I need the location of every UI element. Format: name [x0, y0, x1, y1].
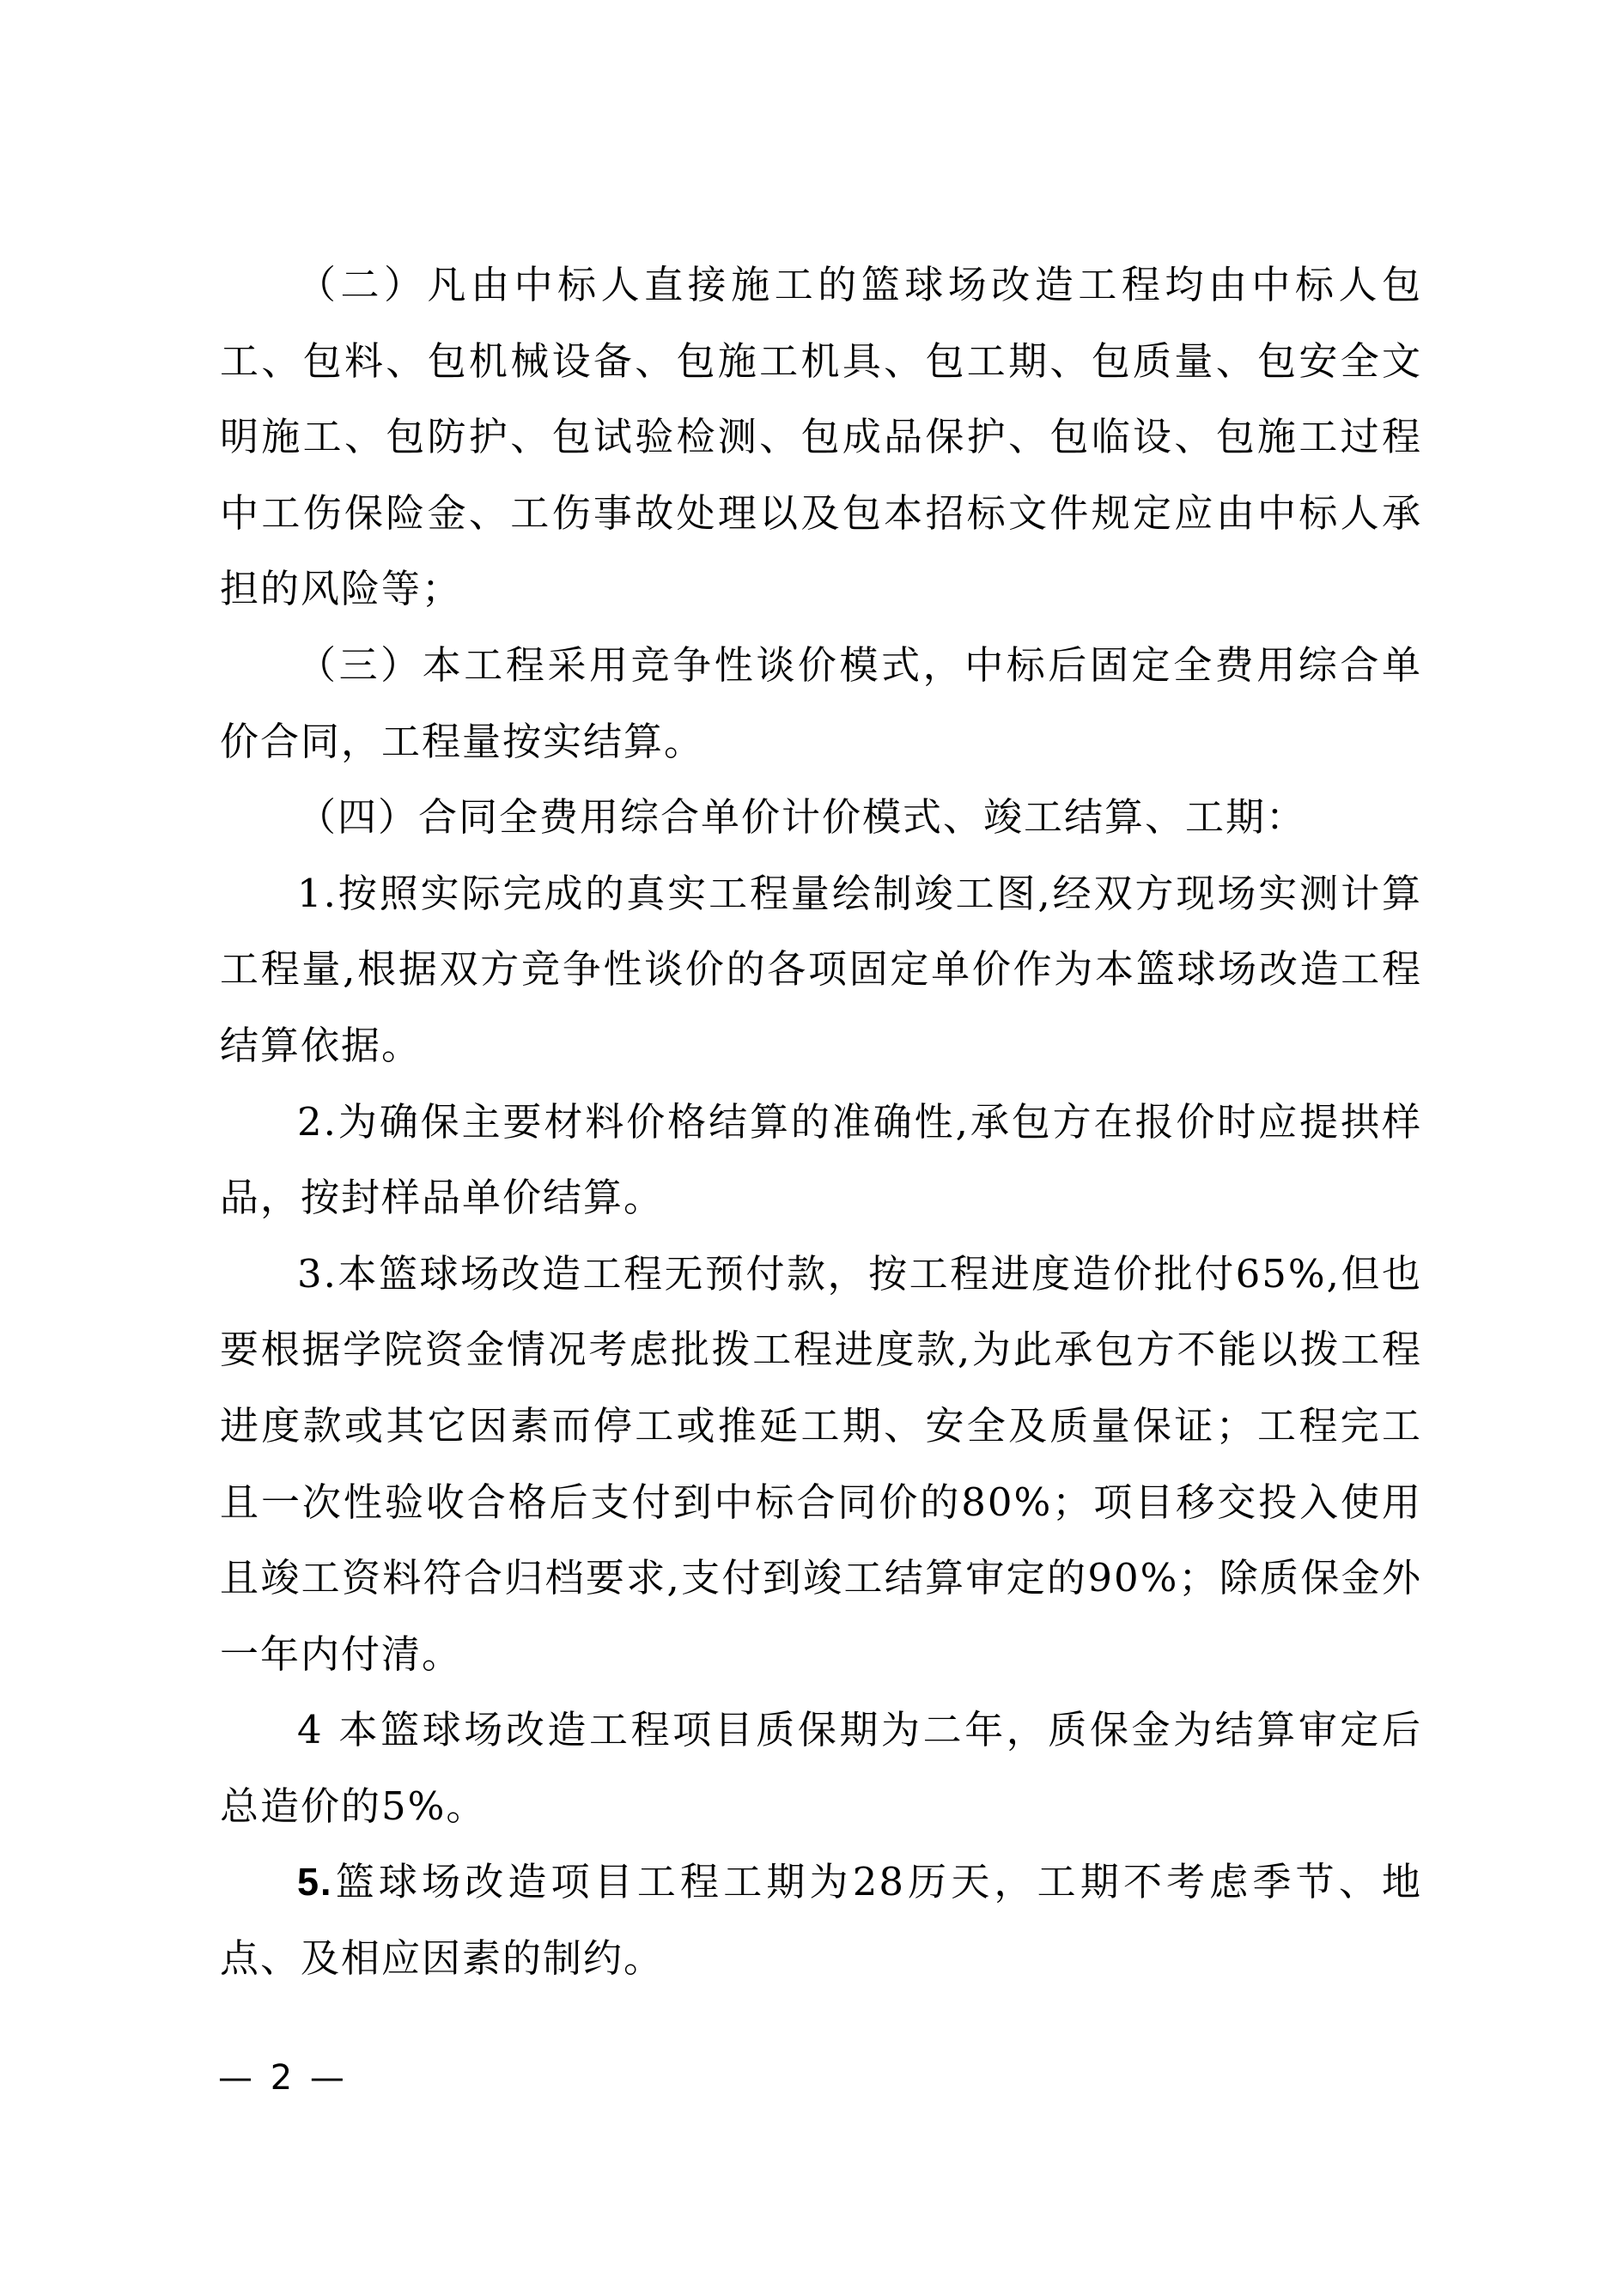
paragraph-item-1: 1.按照实际完成的真实工程量绘制竣工图,经双方现场实测计算工程量,根据双方竞争性…	[220, 856, 1422, 1084]
paragraph-section-4: （四）合同全费用综合单价计价模式、竣工结算、工期：	[220, 780, 1422, 856]
paragraph-item-2: 2.为确保主要材料价格结算的准确性,承包方在报价时应提拱样品，按封样品单价结算。	[220, 1084, 1422, 1236]
paragraph-item-4: 4 本篮球场改造工程项目质保期为二年，质保金为结算审定后总造价的5%。	[220, 1692, 1422, 1844]
item-5-number: 5.	[297, 1860, 333, 1904]
paragraph-section-2: （二）凡由中标人直接施工的篮球场改造工程均由中标人包工、包料、包机械设备、包施工…	[220, 247, 1422, 628]
document-page: （二）凡由中标人直接施工的篮球场改造工程均由中标人包工、包料、包机械设备、包施工…	[0, 0, 1624, 2296]
paragraph-item-3: 3.本篮球场改造工程无预付款，按工程进度造价批付65%,但也要根据学院资金情况考…	[220, 1236, 1422, 1693]
paragraph-section-3: （三）本工程采用竞争性谈价模式，中标后固定全费用综合单价合同，工程量按实结算。	[220, 628, 1422, 780]
document-body: （二）凡由中标人直接施工的篮球场改造工程均由中标人包工、包料、包机械设备、包施工…	[220, 247, 1422, 1997]
item-5-text: 篮球场改造项目工程工期为28历天，工期不考虑季节、地点、及相应因素的制约。	[220, 1859, 1422, 1981]
page-number: — 2 —	[218, 2054, 348, 2102]
paragraph-item-5: 5.篮球场改造项目工程工期为28历天，工期不考虑季节、地点、及相应因素的制约。	[220, 1844, 1422, 1996]
